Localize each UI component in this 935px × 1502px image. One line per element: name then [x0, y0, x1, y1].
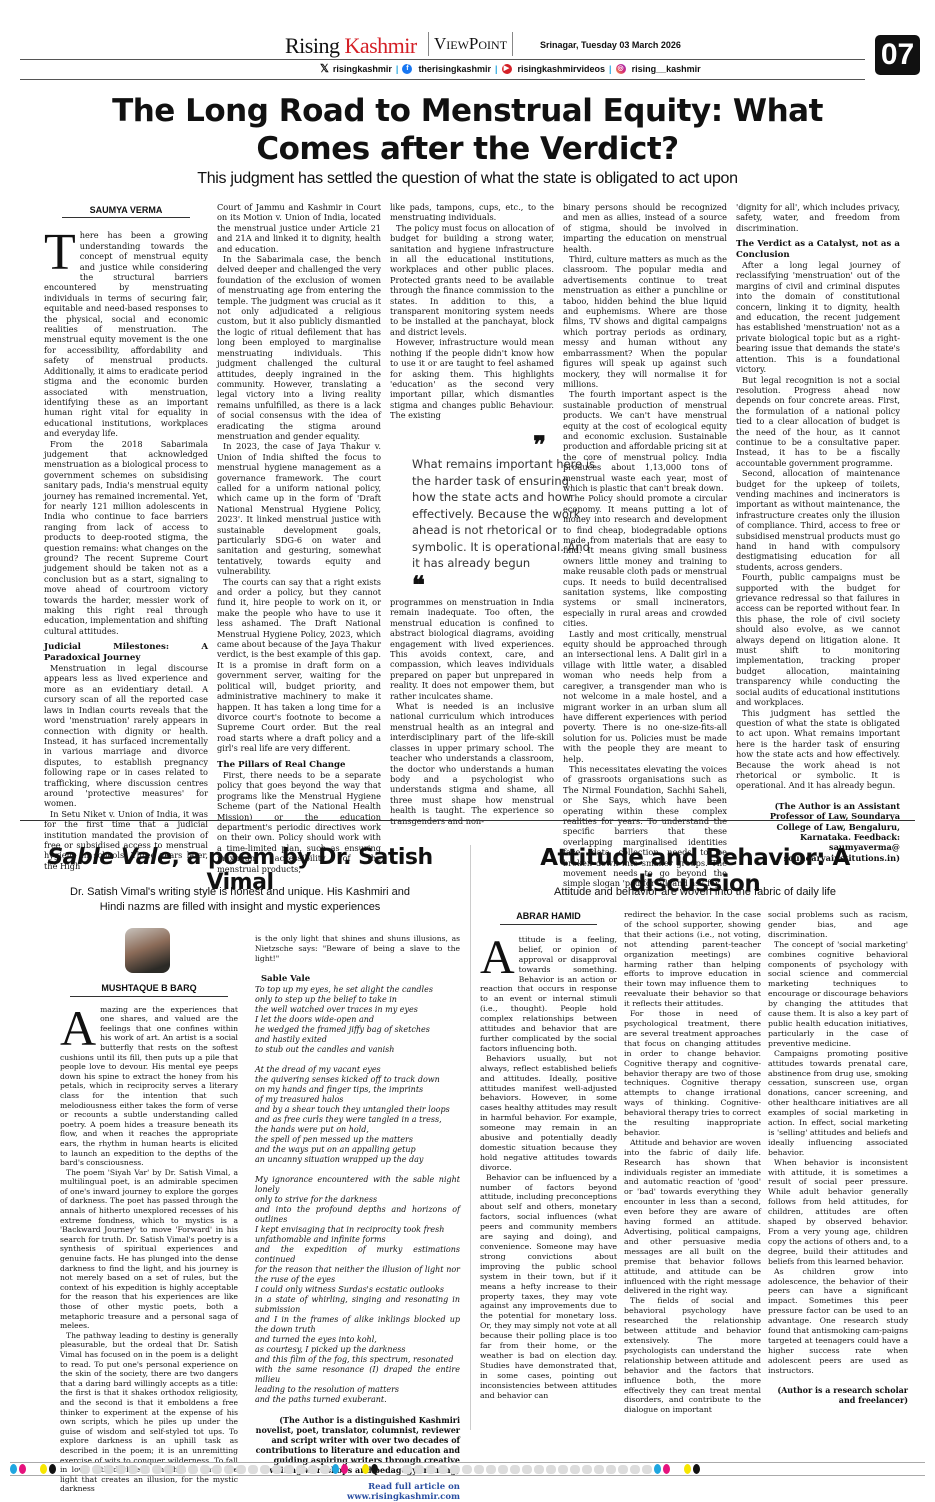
- cyan-mark: [332, 1464, 339, 1474]
- instagram-icon: ◎: [616, 64, 626, 74]
- lead-column-3b: programmes on menstruation in India rema…: [390, 597, 554, 826]
- gray-patch: [618, 1465, 628, 1474]
- poem-line: for the reason that neither the illusion…: [255, 1265, 460, 1285]
- poem-line: he wedged the framed jiffy bag of sketch…: [255, 1025, 460, 1035]
- poem-line: and as free curls they were tangled in a…: [255, 1115, 460, 1125]
- poem-line: only to step up the belief to take in: [255, 995, 460, 1005]
- gray-patch: [128, 1465, 138, 1474]
- gray-patch: [200, 1465, 210, 1474]
- paragraph: From the 2018 Sabarimala judgement that …: [44, 439, 208, 637]
- gray-patch: [104, 1465, 114, 1474]
- gray-patch: [642, 1465, 652, 1474]
- byline: MUSHTAQUE B BARQ: [70, 984, 228, 997]
- paragraph: This judgment has settled the question o…: [736, 708, 900, 791]
- brand-logo[interactable]: Rising Kashmir: [285, 33, 417, 59]
- poem-line: the spell of pen messed up the matters: [255, 1135, 460, 1145]
- poem-line: the well watched over traces in my eyes: [255, 1005, 460, 1015]
- gray-patch: [426, 1465, 436, 1474]
- gray-patch: [474, 1465, 484, 1474]
- paragraph: 'dignity for all', which includes privac…: [736, 202, 900, 233]
- attitude-deck: Attitude and behavior are woven into the…: [480, 885, 910, 900]
- separator: |: [396, 64, 399, 74]
- gray-patch: [176, 1465, 186, 1474]
- column-divider: [470, 845, 471, 1430]
- poem-line: to stub out the candles and vanish: [255, 1045, 460, 1055]
- gray-patch: [438, 1465, 448, 1474]
- paragraph: Court of Jammu and Kashmir in Court on i…: [217, 202, 381, 254]
- drop-cap: A: [480, 937, 515, 979]
- paragraph: For those in need of psychological treat…: [624, 1009, 761, 1138]
- poem-line: and the ways put on an appalling getup: [255, 1145, 460, 1155]
- attitude-column-1: ABRAR HAMID A ttitude is a feeling, beli…: [480, 912, 617, 1401]
- paragraph: Menstruation in legal discourse appears …: [44, 663, 208, 809]
- gray-patch: [582, 1465, 592, 1474]
- poem-line: in a state of whirling, singing and reso…: [255, 1295, 460, 1315]
- magenta-mark: [341, 1464, 348, 1474]
- magenta-mark: [663, 1464, 670, 1474]
- poem-line: leading to the resolution of matters: [255, 1385, 460, 1395]
- poem-stanza: At the dread of my vacant eyes the quive…: [255, 1065, 460, 1165]
- paragraph: The fields of social and behavioral psyc…: [624, 1296, 761, 1415]
- poem-line: and the expedition of murky estimations …: [255, 1245, 460, 1265]
- paragraph: But legal recognition is not a social re…: [736, 375, 900, 469]
- print-registration-strip: [10, 1462, 925, 1476]
- brand-rising: Rising: [285, 33, 339, 58]
- poem-line: At the dread of my vacant eyes: [255, 1065, 460, 1075]
- poem-line: I could only witness Surdas's ecstatic o…: [255, 1285, 460, 1295]
- paragraph: programmes on menstruation in India rema…: [390, 597, 554, 701]
- poem-line: and this film of the fog, this spectrum,…: [255, 1355, 460, 1365]
- paragraph: The courts can say that a right exists a…: [217, 577, 381, 754]
- lead-column-3: like pads, tampons, cups, etc., to the m…: [390, 202, 554, 421]
- gray-patch: [284, 1465, 294, 1474]
- gray-patch: [402, 1465, 412, 1474]
- masthead: Rising Kashmir ViewPoint Srinagar, Tuesd…: [0, 0, 935, 80]
- paragraph: social problems such as racism, gender b…: [768, 910, 908, 940]
- gray-patch: [140, 1465, 150, 1474]
- poem-column-2: is the only light that shines and shuns …: [255, 934, 460, 1502]
- subhead: The Verdict as a Catalyst, not as a Conc…: [736, 239, 900, 260]
- lead-column-5: 'dignity for all', which includes privac…: [736, 202, 900, 863]
- paragraph: Behavior can be influenced by a number o…: [480, 1173, 617, 1401]
- poem-title: Sable Vale: [255, 975, 460, 985]
- poem-line: and the paths turned exuberant.: [255, 1395, 460, 1405]
- poem-line: and I in the frames of alike inklings bl…: [255, 1315, 460, 1335]
- poem-line: with the same resonance (I) draped the e…: [255, 1365, 460, 1385]
- poem-line: I kept envisaging that in reciprocity to…: [255, 1225, 460, 1235]
- drop-cap: T: [44, 232, 76, 274]
- poem-line: and by a shear touch they untangled thei…: [255, 1105, 460, 1115]
- gray-patch: [498, 1465, 508, 1474]
- paragraph: binary persons should be recognized and …: [563, 202, 727, 254]
- author-avatar: [125, 928, 170, 973]
- gray-patch: [152, 1465, 162, 1474]
- gray-patch: [534, 1465, 544, 1474]
- x-icon: 𝕏: [320, 62, 329, 75]
- gray-patch: [558, 1465, 568, 1474]
- separator: |: [609, 64, 612, 74]
- gray-patch: [296, 1465, 306, 1474]
- black-mark: [49, 1464, 56, 1474]
- paragraph: The poem 'Siyah Var' by Dr. Satish Vimal…: [60, 1168, 238, 1331]
- poem-line: unfathomable and infinite forms: [255, 1235, 460, 1245]
- paragraph: After a long legal journey of reclassify…: [736, 260, 900, 374]
- gray-patch: [414, 1465, 424, 1474]
- poem-line: of my treasured halos: [255, 1095, 460, 1105]
- poem-line: as courtesy, I picked up the darkness: [255, 1345, 460, 1355]
- yellow-mark: [684, 1464, 691, 1474]
- poem-line: I let the doors wide-open and: [255, 1015, 460, 1025]
- lead-column-1: SAUMYA VERMA T here has been a growing u…: [44, 205, 208, 871]
- byline: SAUMYA VERMA: [62, 205, 190, 218]
- paragraph: The fourth important aspect is the susta…: [563, 389, 727, 493]
- poem-line: only to strive for the darkness: [255, 1195, 460, 1205]
- social-handle-instagram[interactable]: rising__kashmir: [632, 64, 701, 74]
- facebook-icon: f: [402, 64, 412, 74]
- gray-patch: [224, 1465, 234, 1474]
- gray-patch: [522, 1465, 532, 1474]
- gray-patch: [570, 1465, 580, 1474]
- byline: ABRAR HAMID: [500, 912, 597, 925]
- masthead-rule: [20, 59, 865, 60]
- paragraph: The Policy should promote a circular eco…: [563, 493, 727, 628]
- gray-patch: [236, 1465, 246, 1474]
- paragraph: Campaigns promoting positive attitudes t…: [768, 1049, 908, 1158]
- attitude-column-2: redirect the behavior. In the case of th…: [624, 910, 761, 1415]
- gray-patch: [462, 1465, 472, 1474]
- yellow-mark: [40, 1464, 47, 1474]
- poem-line: and into the profound depths and horizon…: [255, 1205, 460, 1225]
- poem-line: and hastily exited: [255, 1035, 460, 1045]
- subhead: Judicial Milestones: A Paradoxical Journ…: [44, 642, 208, 663]
- drop-cap: A: [60, 1007, 96, 1049]
- gray-patch: [272, 1465, 282, 1474]
- social-handle-x[interactable]: risingkashmir: [333, 64, 392, 74]
- poem-body: To top up my eyes, he set alight the can…: [255, 985, 460, 1405]
- gray-patch: [164, 1465, 174, 1474]
- gray-patch: [594, 1465, 604, 1474]
- gray-patch: [308, 1465, 318, 1474]
- gray-patch: [510, 1465, 520, 1474]
- black-mark: [693, 1464, 700, 1474]
- black-mark: [371, 1464, 378, 1474]
- gray-patch: [92, 1465, 102, 1474]
- read-more-link[interactable]: Read full article on www.risingkashmir.c…: [255, 1483, 460, 1502]
- lead-column-2: Court of Jammu and Kashmir in Court on i…: [217, 202, 381, 874]
- section-label: ViewPoint: [428, 32, 513, 56]
- paragraph: However, infrastructure would mean nothi…: [390, 337, 554, 420]
- masthead-rule: [20, 79, 865, 80]
- gray-patch: [606, 1465, 616, 1474]
- gray-patch: [116, 1465, 126, 1474]
- poem-line: To top up my eyes, he set alight the can…: [255, 985, 460, 995]
- paragraph: What is needed is an inclusive national …: [390, 701, 554, 826]
- paragraph: is the only light that shines and shuns …: [255, 934, 460, 963]
- paragraph: Attitude and behavior are woven into the…: [624, 1138, 761, 1297]
- paragraph: The policy must focus on allocation of b…: [390, 223, 554, 337]
- poem-line: and turned the eyes into kohl,: [255, 1335, 460, 1345]
- paragraph: Third, culture matters as much as the cl…: [563, 254, 727, 389]
- paragraph: As children grow into adolescence, the b…: [768, 1267, 908, 1376]
- lead-headline: The Long Road to Menstrual Equity: What …: [60, 92, 875, 168]
- gray-patch: [260, 1465, 270, 1474]
- brand-kashmir: Kashmir: [344, 33, 416, 58]
- poem-deck: Dr. Satish Vimal's writing style is hone…: [60, 885, 420, 915]
- paragraph: Second, allocation of maintenance budget…: [736, 468, 900, 572]
- page-number: 07: [875, 35, 920, 75]
- author-note: (Author is a research scholar and freela…: [768, 1386, 908, 1406]
- cyan-mark: [10, 1464, 17, 1474]
- dateline: Srinagar, Tuesday 03 March 2026: [540, 40, 681, 50]
- separator: |: [495, 64, 498, 74]
- paragraph: In 2023, the case of Jaya Thakur v. Unio…: [217, 441, 381, 576]
- gray-patch: [546, 1465, 556, 1474]
- poem-line: an uncanny situation wrapped up the day: [255, 1155, 460, 1165]
- paragraph: like pads, tampons, cups, etc., to the m…: [390, 202, 554, 223]
- poem-line: the quivering senses kicked off to track…: [255, 1075, 460, 1085]
- gray-patch: [450, 1465, 460, 1474]
- paragraph: Behaviors usually, but not always, refle…: [480, 1054, 617, 1173]
- poem-stanza: To top up my eyes, he set alight the can…: [255, 985, 460, 1055]
- magenta-mark: [19, 1464, 26, 1474]
- social-handle-youtube[interactable]: risingkashmirvideos: [518, 64, 606, 74]
- poem-line: on my hands and finger tips, the imprint…: [255, 1085, 460, 1095]
- youtube-icon: ▶: [502, 64, 512, 74]
- yellow-mark: [362, 1464, 369, 1474]
- paragraph: In the Sabarimala case, the bench delved…: [217, 254, 381, 441]
- poem-stanza: My ignorance encountered with the sable …: [255, 1175, 460, 1405]
- poem-column-1: MUSHTAQUE B BARQ A mazing are the experi…: [60, 984, 238, 1494]
- paragraph: Fourth, public campaigns must be support…: [736, 572, 900, 707]
- poem-line: the hands were put on hold,: [255, 1125, 460, 1135]
- paragraph: The concept of 'social marketing' combin…: [768, 940, 908, 1049]
- paragraph: redirect the behavior. In the case of th…: [624, 910, 761, 1009]
- paragraph: Lastly and most critically, menstrual eq…: [563, 629, 727, 764]
- paragraph: When behavior is inconsistent with attit…: [768, 1158, 908, 1267]
- gray-patch: [630, 1465, 640, 1474]
- lead-column-4: binary persons should be recognized and …: [563, 202, 727, 889]
- cyan-mark: [654, 1464, 661, 1474]
- poem-line: My ignorance encountered with the sable …: [255, 1175, 460, 1195]
- poem-headline-title: Sable Vale: [47, 845, 171, 870]
- gray-patch: [80, 1465, 90, 1474]
- subhead: The Pillars of Real Change: [217, 760, 381, 770]
- lead-deck: This judgment has settled the question o…: [60, 170, 875, 188]
- gray-patch: [486, 1465, 496, 1474]
- gray-patch: [188, 1465, 198, 1474]
- gray-patch: [248, 1465, 258, 1474]
- gray-patch: [320, 1465, 330, 1474]
- section-divider: [20, 820, 915, 821]
- social-handles: 𝕏 risingkashmir | f therisingkashmir | ▶…: [320, 62, 701, 75]
- gray-patch: [212, 1465, 222, 1474]
- social-handle-facebook[interactable]: therisingkashmir: [418, 64, 491, 74]
- attitude-column-3: social problems such as racism, gender b…: [768, 910, 908, 1405]
